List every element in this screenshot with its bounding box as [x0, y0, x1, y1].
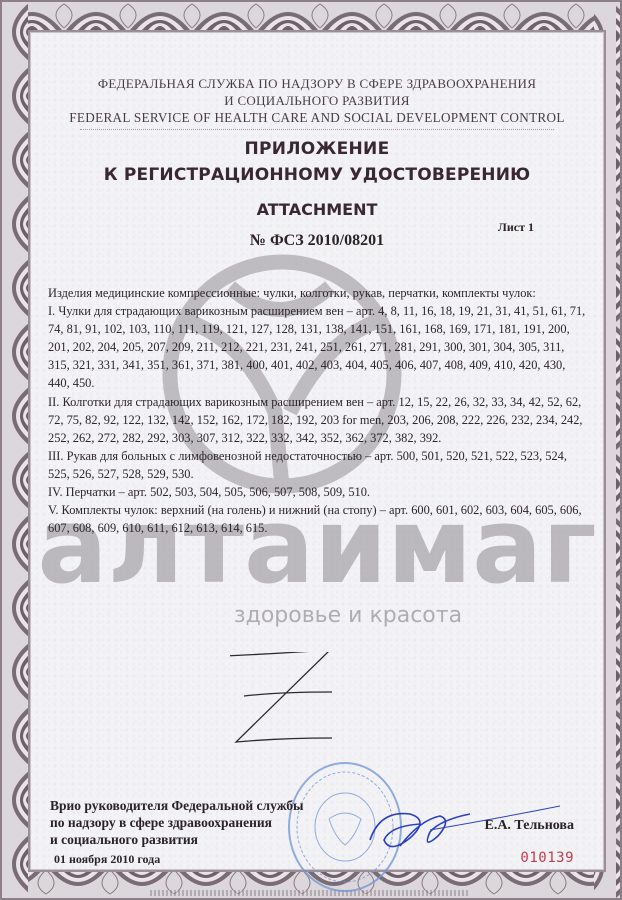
title-attachment-en: ATTACHMENT	[30, 200, 604, 219]
signatory-name: Е.А. Тельнова	[484, 818, 574, 834]
agency-name-ru-line2: И СОЦИАЛЬНОГО РАЗВИТИЯ	[30, 93, 604, 109]
section-gloves: IV. Перчатки – арт. 502, 503, 504, 505, …	[48, 483, 588, 501]
signatory-position: Врио руководителя Федеральной службы по …	[50, 797, 304, 848]
position-line2: по надзору в сфере здравоохранения	[50, 814, 304, 831]
position-line1: Врио руководителя Федеральной службы	[50, 797, 304, 814]
section-stockings: I. Чулки для страдающих варикозным расши…	[48, 302, 588, 392]
section-stocking-sets: V. Комплекты чулок: верхний (на голень) …	[48, 501, 588, 537]
header-divider	[80, 129, 554, 130]
serial-number: 010139	[520, 850, 574, 866]
section-sleeve: III. Рукав для больных с лимфовенозной н…	[48, 447, 588, 483]
z-cancel-mark	[230, 652, 340, 752]
issue-date: 01 ноября 2010 года	[54, 852, 160, 867]
title-registration-ru: К РЕГИСТРАЦИОННОМУ УДОСТОВЕРЕНИЮ	[30, 165, 604, 185]
product-intro: Изделия медицинские компрессионные: чулк…	[48, 284, 588, 302]
agency-name-ru-line1: ФЕДЕРАЛЬНАЯ СЛУЖБА ПО НАДЗОРУ В СФЕРЕ ЗД…	[30, 76, 604, 92]
position-line3: и социального развития	[50, 831, 304, 848]
title-attachment-ru: ПРИЛОЖЕНИЕ	[30, 139, 604, 159]
section-tights: II. Колготки для страдающих варикозным р…	[48, 393, 588, 447]
agency-name-en: FEDERAL SERVICE OF HEALTH CARE AND SOCIA…	[30, 110, 604, 126]
sheet-number: Лист 1	[498, 220, 534, 235]
product-list: Изделия медицинские компрессионные: чулк…	[48, 284, 588, 537]
document-page: алтаимаг здоровье и красота ФЕДЕРАЛЬНАЯ …	[28, 30, 606, 872]
